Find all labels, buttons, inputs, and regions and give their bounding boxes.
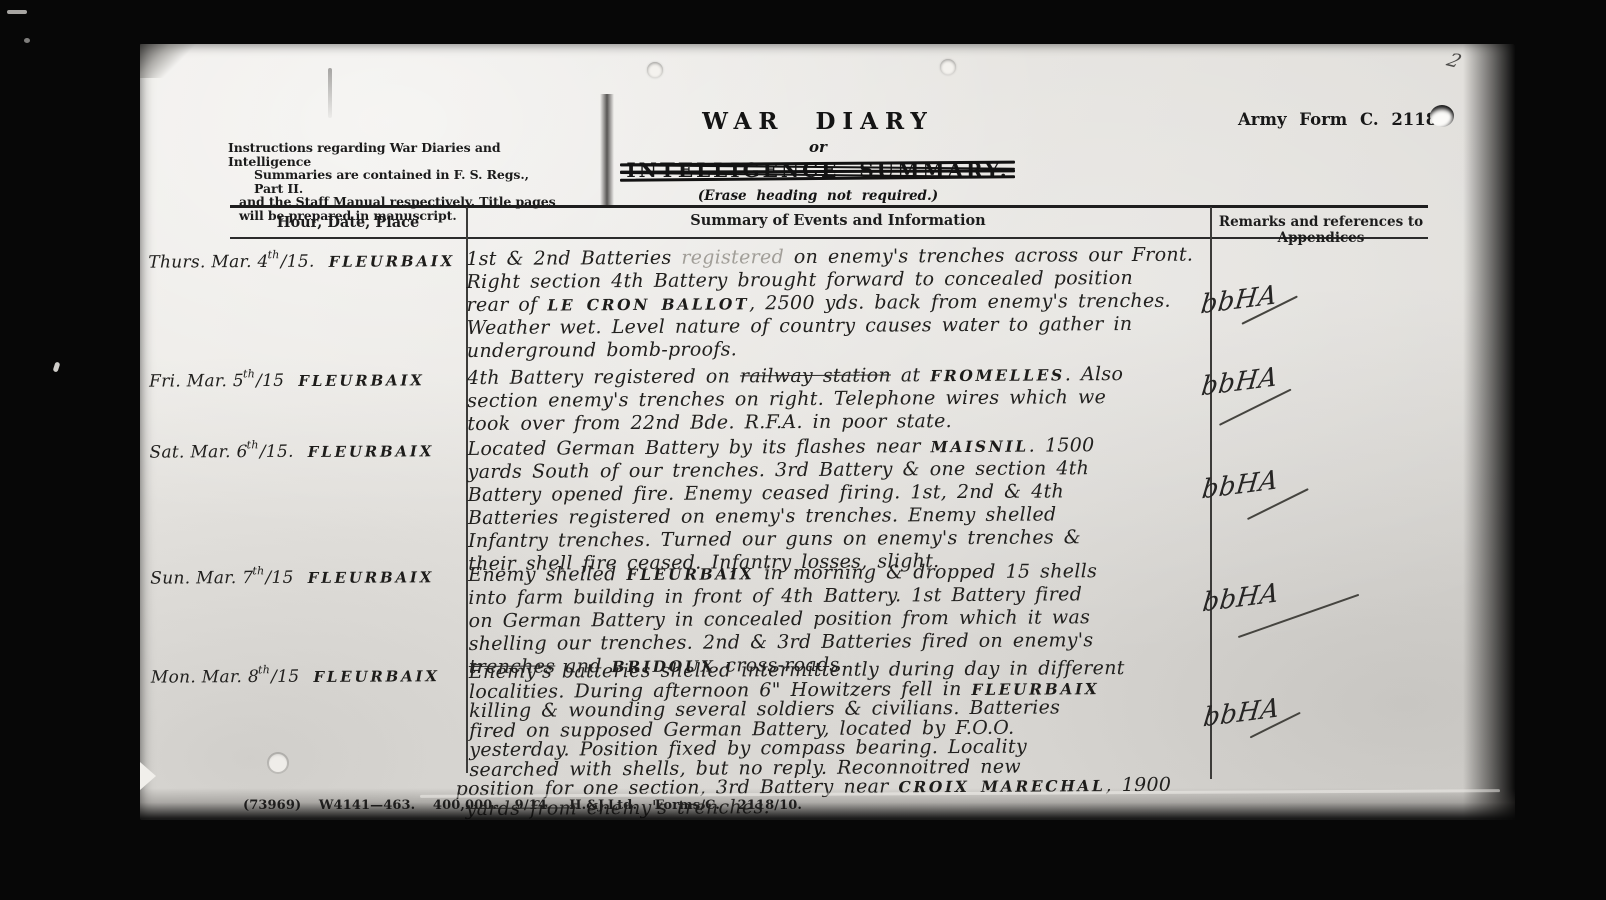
summary-text: Battery opened fire. Enemy ceased firing… [468, 480, 1064, 506]
date-part: Fri. Mar. [149, 371, 227, 391]
summary-text: underground bomb-proofs. [467, 338, 737, 362]
date-part: FLEURBAIX [308, 442, 434, 461]
date-part: /15 [256, 371, 284, 391]
page-edge-shadow [1463, 44, 1515, 820]
paper-crease [328, 68, 332, 118]
entry-date: Sun. Mar. 7th/15FLEURBAIX [150, 564, 468, 589]
punch-hole [940, 59, 956, 75]
punch-hole [1430, 105, 1454, 127]
summary-text: 1st & 2nd Batteries [466, 247, 681, 270]
table-top-rule [230, 205, 1428, 208]
summary-text: on enemy's trenches across our Front. [784, 244, 1193, 268]
summary-text: in morning & dropped 15 shells [754, 560, 1097, 584]
summary-text: Right section 4th Battery brought forwar… [466, 267, 1133, 293]
date-part: /15 [265, 568, 293, 588]
entry-summary: 1st & 2nd Batteries registered on enemy'… [466, 242, 1449, 363]
entry-date: Mon. Mar. 8th/15FLEURBAIX [151, 663, 469, 688]
punch-hole [267, 752, 289, 774]
summary-text: 4th Battery registered on [467, 365, 740, 389]
scan-speck [24, 38, 30, 43]
diary-entry-row: Thurs. Mar. 4th/15.FLEURBAIX1st & 2nd Ba… [148, 242, 1449, 365]
date-part: /15 [271, 667, 299, 687]
or-label: or [608, 138, 1028, 156]
punch-hole [647, 62, 663, 78]
summary-line: underground bomb-proofs. [467, 334, 1449, 363]
summary-text: Located German Battery by its flashes ne… [467, 435, 930, 460]
scan-speck [53, 361, 61, 372]
summary-text: section enemy's trenches on right. Telep… [467, 386, 1106, 412]
summary-text: Weather wet. Level nature of country cau… [467, 313, 1133, 339]
instructions-note: Instructions regarding War Diaries and I… [228, 141, 558, 222]
date-part: /15. [281, 252, 315, 272]
date-part: Sat. Mar. [149, 442, 230, 462]
summary-text: MAISNIL [931, 437, 1029, 457]
instructions-line: Summaries are contained in F. S. Regs., … [228, 168, 558, 195]
summary-text: FROMELLES [930, 365, 1065, 385]
summary-text: yards South of our trenches. 3rd Battery… [468, 457, 1090, 483]
date-part: th [243, 367, 255, 380]
date-part: FLEURBAIX [298, 371, 424, 390]
summary-text: into farm building in front of 4th Batte… [468, 583, 1082, 609]
entry-summary: 4th Battery registered on railway statio… [467, 361, 1449, 436]
instructions-line: Instructions regarding War Diaries and I… [228, 141, 558, 168]
column-header-hour-date-place: Hour, Date, Place [230, 214, 466, 231]
struck-heading: INTELLIGENCE SUMMARY. [626, 158, 1009, 182]
date-part: Mon. Mar. [151, 667, 242, 688]
scanner-background: Instructions regarding War Diaries and I… [0, 0, 1606, 900]
summary-text: at [891, 364, 930, 386]
date-part: /15. [260, 442, 294, 462]
summary-text: . 1500 [1029, 434, 1095, 456]
date-part: th [268, 248, 280, 261]
summary-text: on German Battery in concealed position … [468, 606, 1090, 632]
date-part: FLEURBAIX [329, 252, 455, 271]
date-part: th [252, 564, 264, 577]
scan-speck [7, 10, 27, 14]
date-part: Thurs. Mar. [148, 252, 252, 273]
summary-text: LE CRON BALLOT [547, 294, 749, 314]
form-number: Army Form C. 2118. [1238, 110, 1443, 129]
summary-text: railway station [740, 364, 891, 387]
summary-text: Batteries registered on enemy's trenches… [468, 503, 1057, 529]
summary-text: took over from 22nd Bde. R.F.A. in poor … [467, 410, 952, 435]
date-part: FLEURBAIX [308, 568, 434, 587]
entry-summary: Located German Battery by its flashes ne… [467, 432, 1450, 576]
summary-text: shelling our trenches. 2nd & 3rd Batteri… [469, 629, 1094, 655]
diary-entry-row: Sat. Mar. 6th/15.FLEURBAIXLocated German… [149, 432, 1450, 578]
paper-tear [140, 762, 156, 790]
date-part: Sun. Mar. [150, 568, 236, 589]
corner-fold [140, 44, 198, 78]
diary-entry-row: Fri. Mar. 5th/15FLEURBAIX4th Battery reg… [149, 361, 1449, 438]
summary-text: , 2500 yds. back from enemy's trenches. [749, 290, 1171, 315]
column-header-summary: Summary of Events and Information [466, 212, 1210, 229]
summary-line: took over from 22nd Bde. R.F.A. in poor … [467, 407, 1449, 436]
form-title: WAR DIARY [608, 108, 1028, 135]
form-title-block: WAR DIARY or INTELLIGENCE SUMMARY. (Eras… [608, 108, 1028, 204]
entry-date: Fri. Mar. 5th/15FLEURBAIX [149, 367, 467, 392]
summary-text: FLEURBAIX [971, 679, 1099, 699]
summary-text: FLEURBAIX [626, 564, 754, 584]
summary-text: Infantry trenches. Turned our guns on en… [468, 526, 1081, 552]
summary-text: Enemy shelled [468, 563, 626, 586]
date-part: th [247, 438, 259, 451]
date-part: th [258, 663, 270, 676]
column-header-remarks: Remarks and references to Appendices [1212, 214, 1430, 246]
summary-text: rear of [467, 294, 548, 316]
summary-text: registered [681, 246, 784, 269]
erase-note: (Erase heading not required.) [608, 188, 1028, 204]
date-part: FLEURBAIX [313, 667, 439, 686]
entry-date: Sat. Mar. 6th/15.FLEURBAIX [149, 438, 467, 463]
diary-entries: Thurs. Mar. 4th/15.FLEURBAIX1st & 2nd Ba… [148, 242, 1451, 821]
summary-text: . Also [1065, 363, 1124, 385]
paper-crease [600, 94, 614, 208]
entry-date: Thurs. Mar. 4th/15.FLEURBAIX [148, 248, 466, 273]
